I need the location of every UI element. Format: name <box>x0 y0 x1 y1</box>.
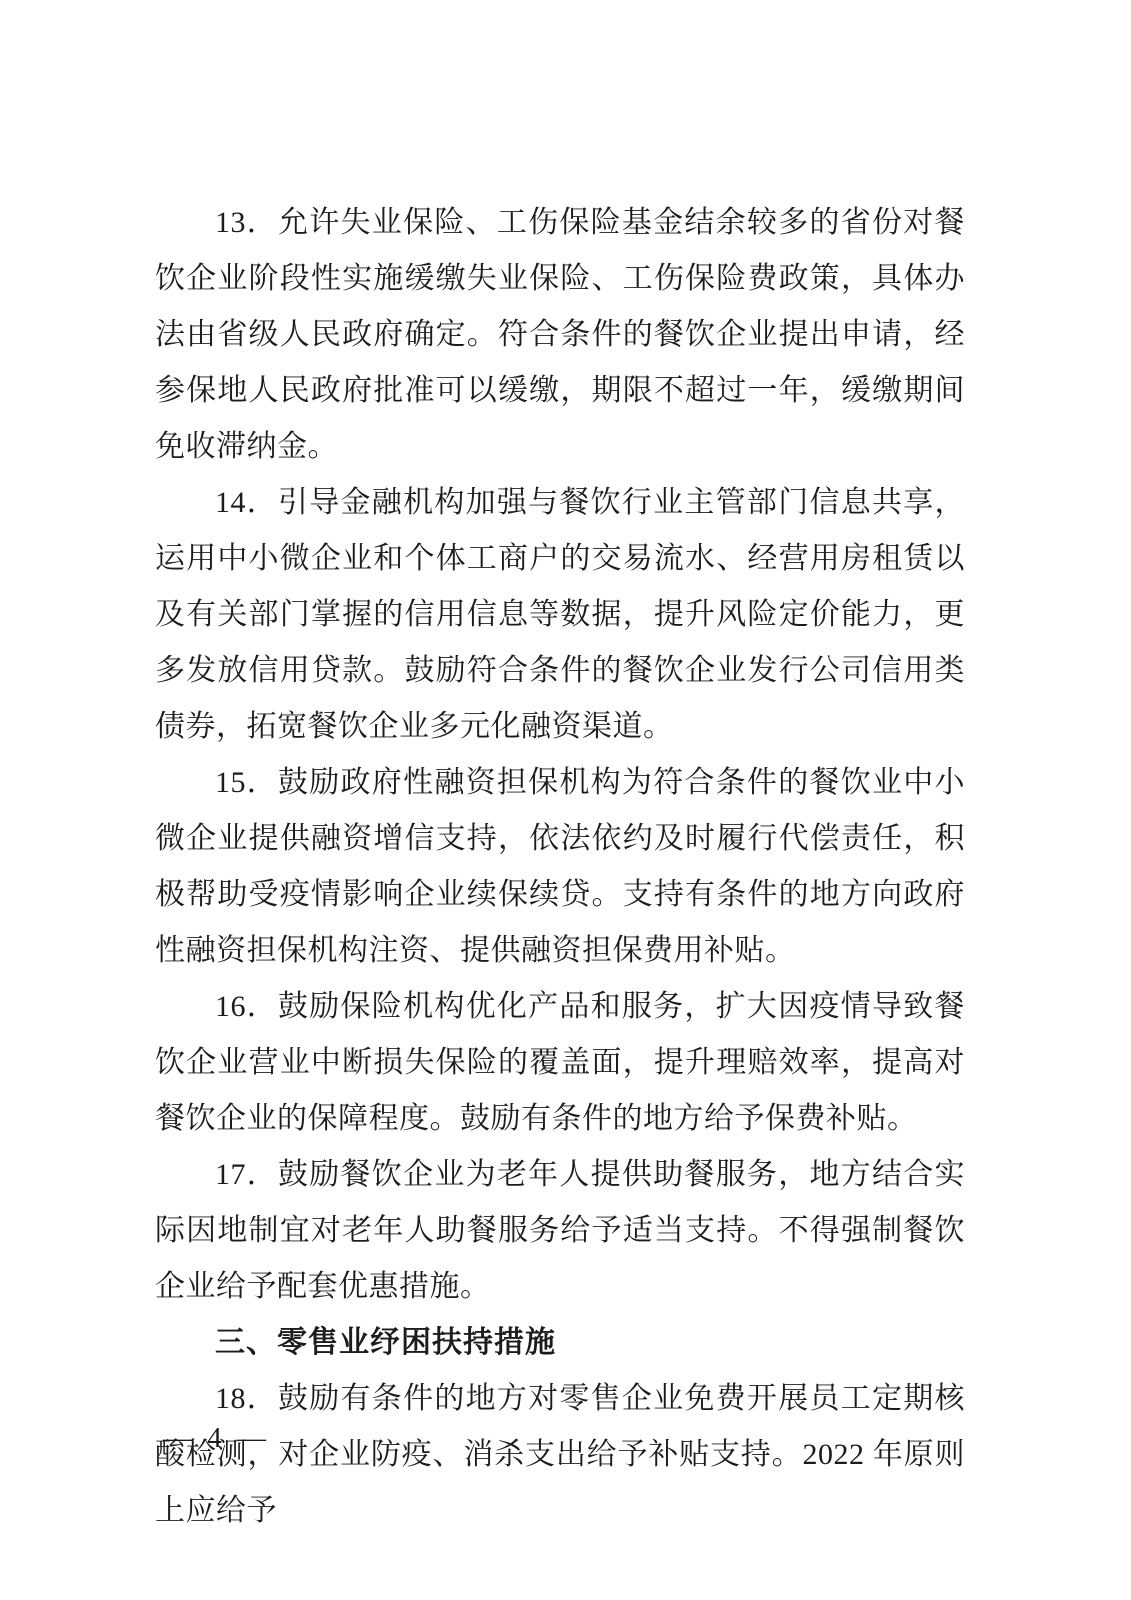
paragraph-13: 13．允许失业保险、工伤保险基金结余较多的省份对餐饮企业阶段性实施缓缴失业保险、… <box>155 195 965 475</box>
paragraph-16: 16．鼓励保险机构优化产品和服务，扩大因疫情导致餐饮企业营业中断损失保险的覆盖面… <box>155 979 965 1147</box>
paragraph-17: 17．鼓励餐饮企业为老年人提供助餐服务，地方结合实际因地制宜对老年人助餐服务给予… <box>155 1147 965 1315</box>
paragraph-14: 14．引导金融机构加强与餐饮行业主管部门信息共享，运用中小微企业和个体工商户的交… <box>155 475 965 755</box>
paragraph-15: 15．鼓励政府性融资担保机构为符合条件的餐饮业中小微企业提供融资增信支持，依法依… <box>155 755 965 979</box>
document-page: 13．允许失业保险、工伤保险基金结余较多的省份对餐饮企业阶段性实施缓缴失业保险、… <box>0 0 1131 1600</box>
page-number: — 4 — <box>163 1418 270 1458</box>
document-body: 13．允许失业保险、工伤保险基金结余较多的省份对餐饮企业阶段性实施缓缴失业保险、… <box>155 195 965 1539</box>
paragraph-18: 18．鼓励有条件的地方对零售企业免费开展员工定期核酸检测，对企业防疫、消杀支出给… <box>155 1371 965 1539</box>
section-heading-retail-relief: 三、零售业纾困扶持措施 <box>155 1315 965 1371</box>
